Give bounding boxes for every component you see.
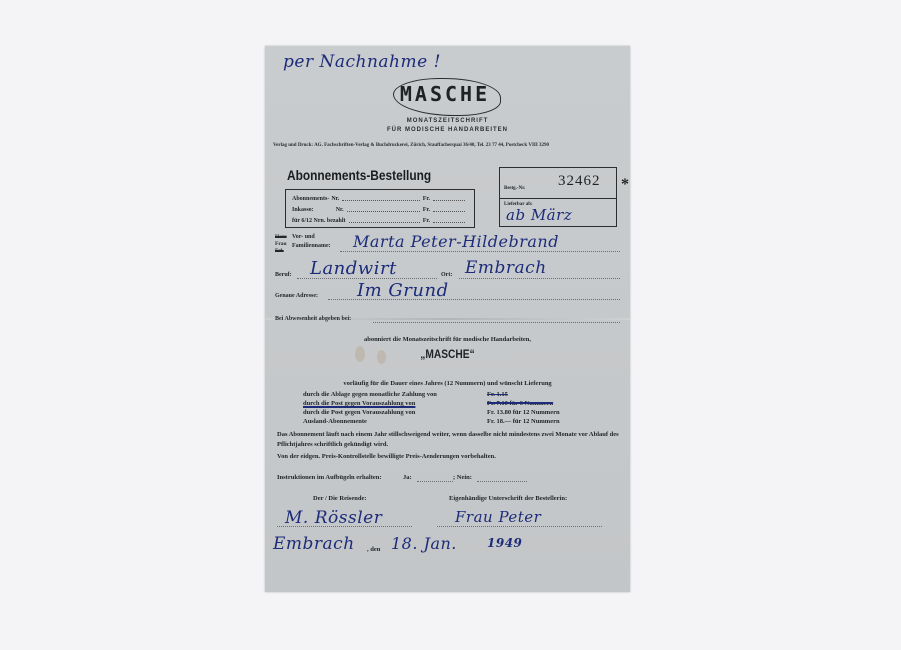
salutation-frl: Frl. <box>275 248 284 254</box>
billing-row: für 6/12 Nrn. bezahlt Fr. <box>292 214 468 224</box>
billing-row-fr: Fr. <box>423 207 430 213</box>
order-number-label: Bestg.-Nr. <box>504 186 525 191</box>
beruf-value: Landwirt <box>310 258 397 279</box>
den-label: , den <box>367 546 380 553</box>
masche-logo: MASCHE <box>395 82 495 112</box>
fill-line[interactable] <box>347 211 420 212</box>
logo-word: MASCHE <box>400 82 490 106</box>
customer-signature: Frau Peter <box>455 508 541 526</box>
body-line-2: vorläufig für die Dauer eines Jahres (12… <box>265 380 630 387</box>
option-left: durch die Post gegen Vorauszahlung von <box>303 409 415 416</box>
order-form-paper: per Nachnahme ! MASCHE MONATSZEITSCHRIFT… <box>265 46 630 592</box>
fill-line[interactable] <box>433 211 465 212</box>
body-line-1: abonniert die Monatszeitschrift für modi… <box>265 336 630 343</box>
order-number-box: Bestg.-Nr. 32462 Lieferbar ab: ab März <box>499 167 617 227</box>
fill-line[interactable] <box>342 200 419 201</box>
salutation-herr: Herr <box>275 234 287 240</box>
asterisk-marker: * <box>621 176 629 194</box>
option-right: Fr. 7.10 für 6 Nummern <box>487 400 553 407</box>
name-value: Marta Peter-Hildebrand <box>353 232 559 251</box>
billing-row-nr: Nr. <box>331 196 339 202</box>
instructions-label: Instruktionen im Aufbügeln erhalten: <box>277 474 382 481</box>
customer-signature-field[interactable] <box>437 526 602 527</box>
ja-label: Ja: <box>403 474 412 481</box>
option-left: Ausland-Abonnemente <box>303 418 367 425</box>
billing-row-fr: Fr. <box>423 218 430 224</box>
agent-signature: M. Rössler <box>285 508 382 528</box>
option-right: Fr. 1.15 <box>487 391 508 398</box>
ort-label: Ort: <box>441 272 452 278</box>
logo-subtitle-2: FÜR MODISCHE HANDARBEITEN <box>265 127 630 133</box>
billing-row: Abonnements- Nr. Fr. <box>292 192 468 202</box>
handwritten-note: per Nachnahme ! <box>283 52 441 72</box>
date-value: 18. Jan. <box>391 534 457 553</box>
box-divider <box>500 198 616 199</box>
fill-line[interactable] <box>433 222 465 223</box>
billing-row-fr: Fr. <box>423 196 430 202</box>
abwesenheit-label: Bei Abwesenheit abgeben bei: <box>275 316 351 322</box>
option-right: Fr. 13.80 für 12 Nummern <box>487 409 560 416</box>
name-label-2: Familienname: <box>292 243 331 249</box>
billing-row-label: für 6/12 Nrn. bezahlt <box>292 218 346 224</box>
fill-line[interactable] <box>349 222 420 223</box>
option-left-selected: durch die Post gegen Vorauszahlung von <box>303 400 415 407</box>
price-note: Von der eidgen. Preis-Kontrollstelle bew… <box>277 452 620 462</box>
abwesenheit-field[interactable] <box>373 322 620 323</box>
ja-field[interactable] <box>417 481 453 482</box>
ort-field[interactable] <box>459 278 620 279</box>
magazine-title: „MASCHE“ <box>292 347 602 361</box>
logo-subtitle-1: MONATSZEITSCHRIFT <box>265 118 630 124</box>
billing-row: Inkasso: Nr. Fr. <box>292 203 468 213</box>
billing-row-nr: Nr. <box>336 207 344 213</box>
place-value: Embrach <box>273 534 355 554</box>
nein-field[interactable] <box>477 481 527 482</box>
order-number: 32462 <box>558 173 601 190</box>
name-label-1: Vor- und <box>292 234 315 240</box>
nein-label: ; Nein: <box>453 474 472 481</box>
agent-label: Der / Die Reisende: <box>313 495 367 502</box>
name-field[interactable] <box>340 251 620 252</box>
delivery-value: ab März <box>506 206 572 224</box>
publisher-line: Verlag und Druck: AG. Fachschriften-Verl… <box>273 143 624 148</box>
billing-box: Abonnements- Nr. Fr. Inkasso: Nr. Fr. fü… <box>285 189 475 228</box>
terms-text: Das Abonnement läuft nach einem Jahr sti… <box>277 430 620 450</box>
beruf-label: Beruf: <box>275 272 292 278</box>
billing-row-label: Inkasso: <box>292 207 314 213</box>
salutation-frau: Frau <box>275 241 287 247</box>
customer-label: Eigenhändige Unterschrift der Bestelleri… <box>449 495 567 502</box>
adresse-label: Genaue Adresse: <box>275 293 318 299</box>
option-right: Fr. 18.— für 12 Nummern <box>487 418 560 425</box>
year-value: 1949 <box>487 536 522 550</box>
form-title: Abonnements-Bestellung <box>287 167 431 183</box>
billing-row-label: Abonnements- <box>292 196 329 202</box>
option-left: durch die Ablage gegen monatliche Zahlun… <box>303 391 437 398</box>
fill-line[interactable] <box>433 200 465 201</box>
adresse-value: Im Grund <box>357 280 449 301</box>
ort-value: Embrach <box>465 258 547 278</box>
